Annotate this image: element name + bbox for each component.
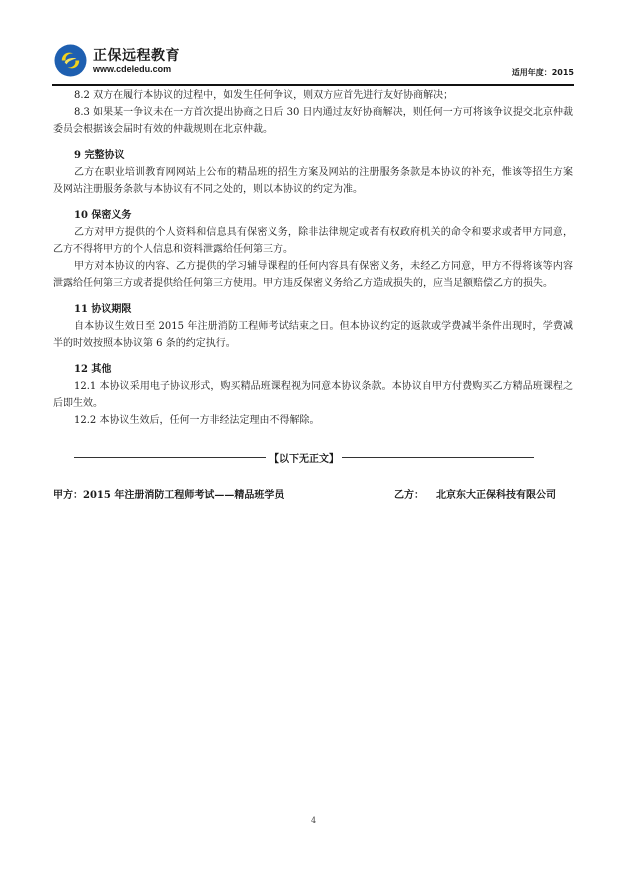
header-divider	[52, 84, 574, 86]
section-heading-12: 12 其他	[53, 361, 573, 378]
divider-left	[74, 457, 266, 458]
document-body: 8.2 双方在履行本协议的过程中，如发生任何争议，则双方应首先进行友好协商解决；…	[53, 87, 573, 429]
clause-8-3: 8.3 如果某一争议未在一方首次提出协商之日后 30 日内通过友好协商解决，则任…	[53, 104, 573, 138]
section-heading-9: 9 完整协议	[53, 147, 573, 164]
cdeledu-logo-icon	[54, 44, 87, 77]
divider-right	[342, 457, 534, 458]
clause-12-1: 12.1 本协议采用电子协议形式，购买精品班课程视为同意本协议条款。本协议自甲方…	[53, 378, 573, 412]
page-header: 正保远程教育 www.cdeledu.com 适用年度：2015	[52, 40, 574, 80]
party-b-name: 北京东大正保科技有限公司	[436, 490, 556, 501]
party-b-label: 乙方：	[394, 490, 424, 501]
section-heading-10: 10 保密义务	[53, 207, 573, 224]
section-10-paragraph-1: 乙方对甲方提供的个人资料和信息具有保密义务，除非法律规定或者有权政府机关的命令和…	[53, 224, 573, 258]
brand-url: www.cdeledu.com	[93, 64, 171, 74]
section-10-paragraph-2: 甲方对本协议的内容、乙方提供的学习辅导课程的任何内容具有保密义务，未经乙方同意，…	[53, 258, 573, 292]
clause-12-2: 12.2 本协议生效后，任何一方非经法定理由不得解除。	[53, 412, 573, 429]
page-number: 4	[0, 816, 627, 825]
end-of-text-marker: 【以下无正文】	[74, 450, 534, 465]
section-heading-11: 11 协议期限	[53, 301, 573, 318]
end-of-text-label: 【以下无正文】	[266, 450, 342, 465]
applicable-year-label: 适用年度：2015	[512, 67, 574, 78]
party-a-signature: 甲方：2015 年注册消防工程师考试——精品班学员	[53, 486, 284, 501]
section-9-paragraph: 乙方在职业培训教育网网站上公布的精品班的招生方案及网站的注册服务条款是本协议的补…	[53, 164, 573, 198]
party-b-signature: 乙方：北京东大正保科技有限公司	[394, 486, 556, 501]
brand-name: 正保远程教育	[93, 45, 180, 65]
clause-8-2: 8.2 双方在履行本协议的过程中，如发生任何争议，则双方应首先进行友好协商解决；	[53, 87, 573, 104]
section-11-paragraph: 自本协议生效日至 2015 年注册消防工程师考试结束之日。但本协议约定的返款或学…	[53, 318, 573, 352]
